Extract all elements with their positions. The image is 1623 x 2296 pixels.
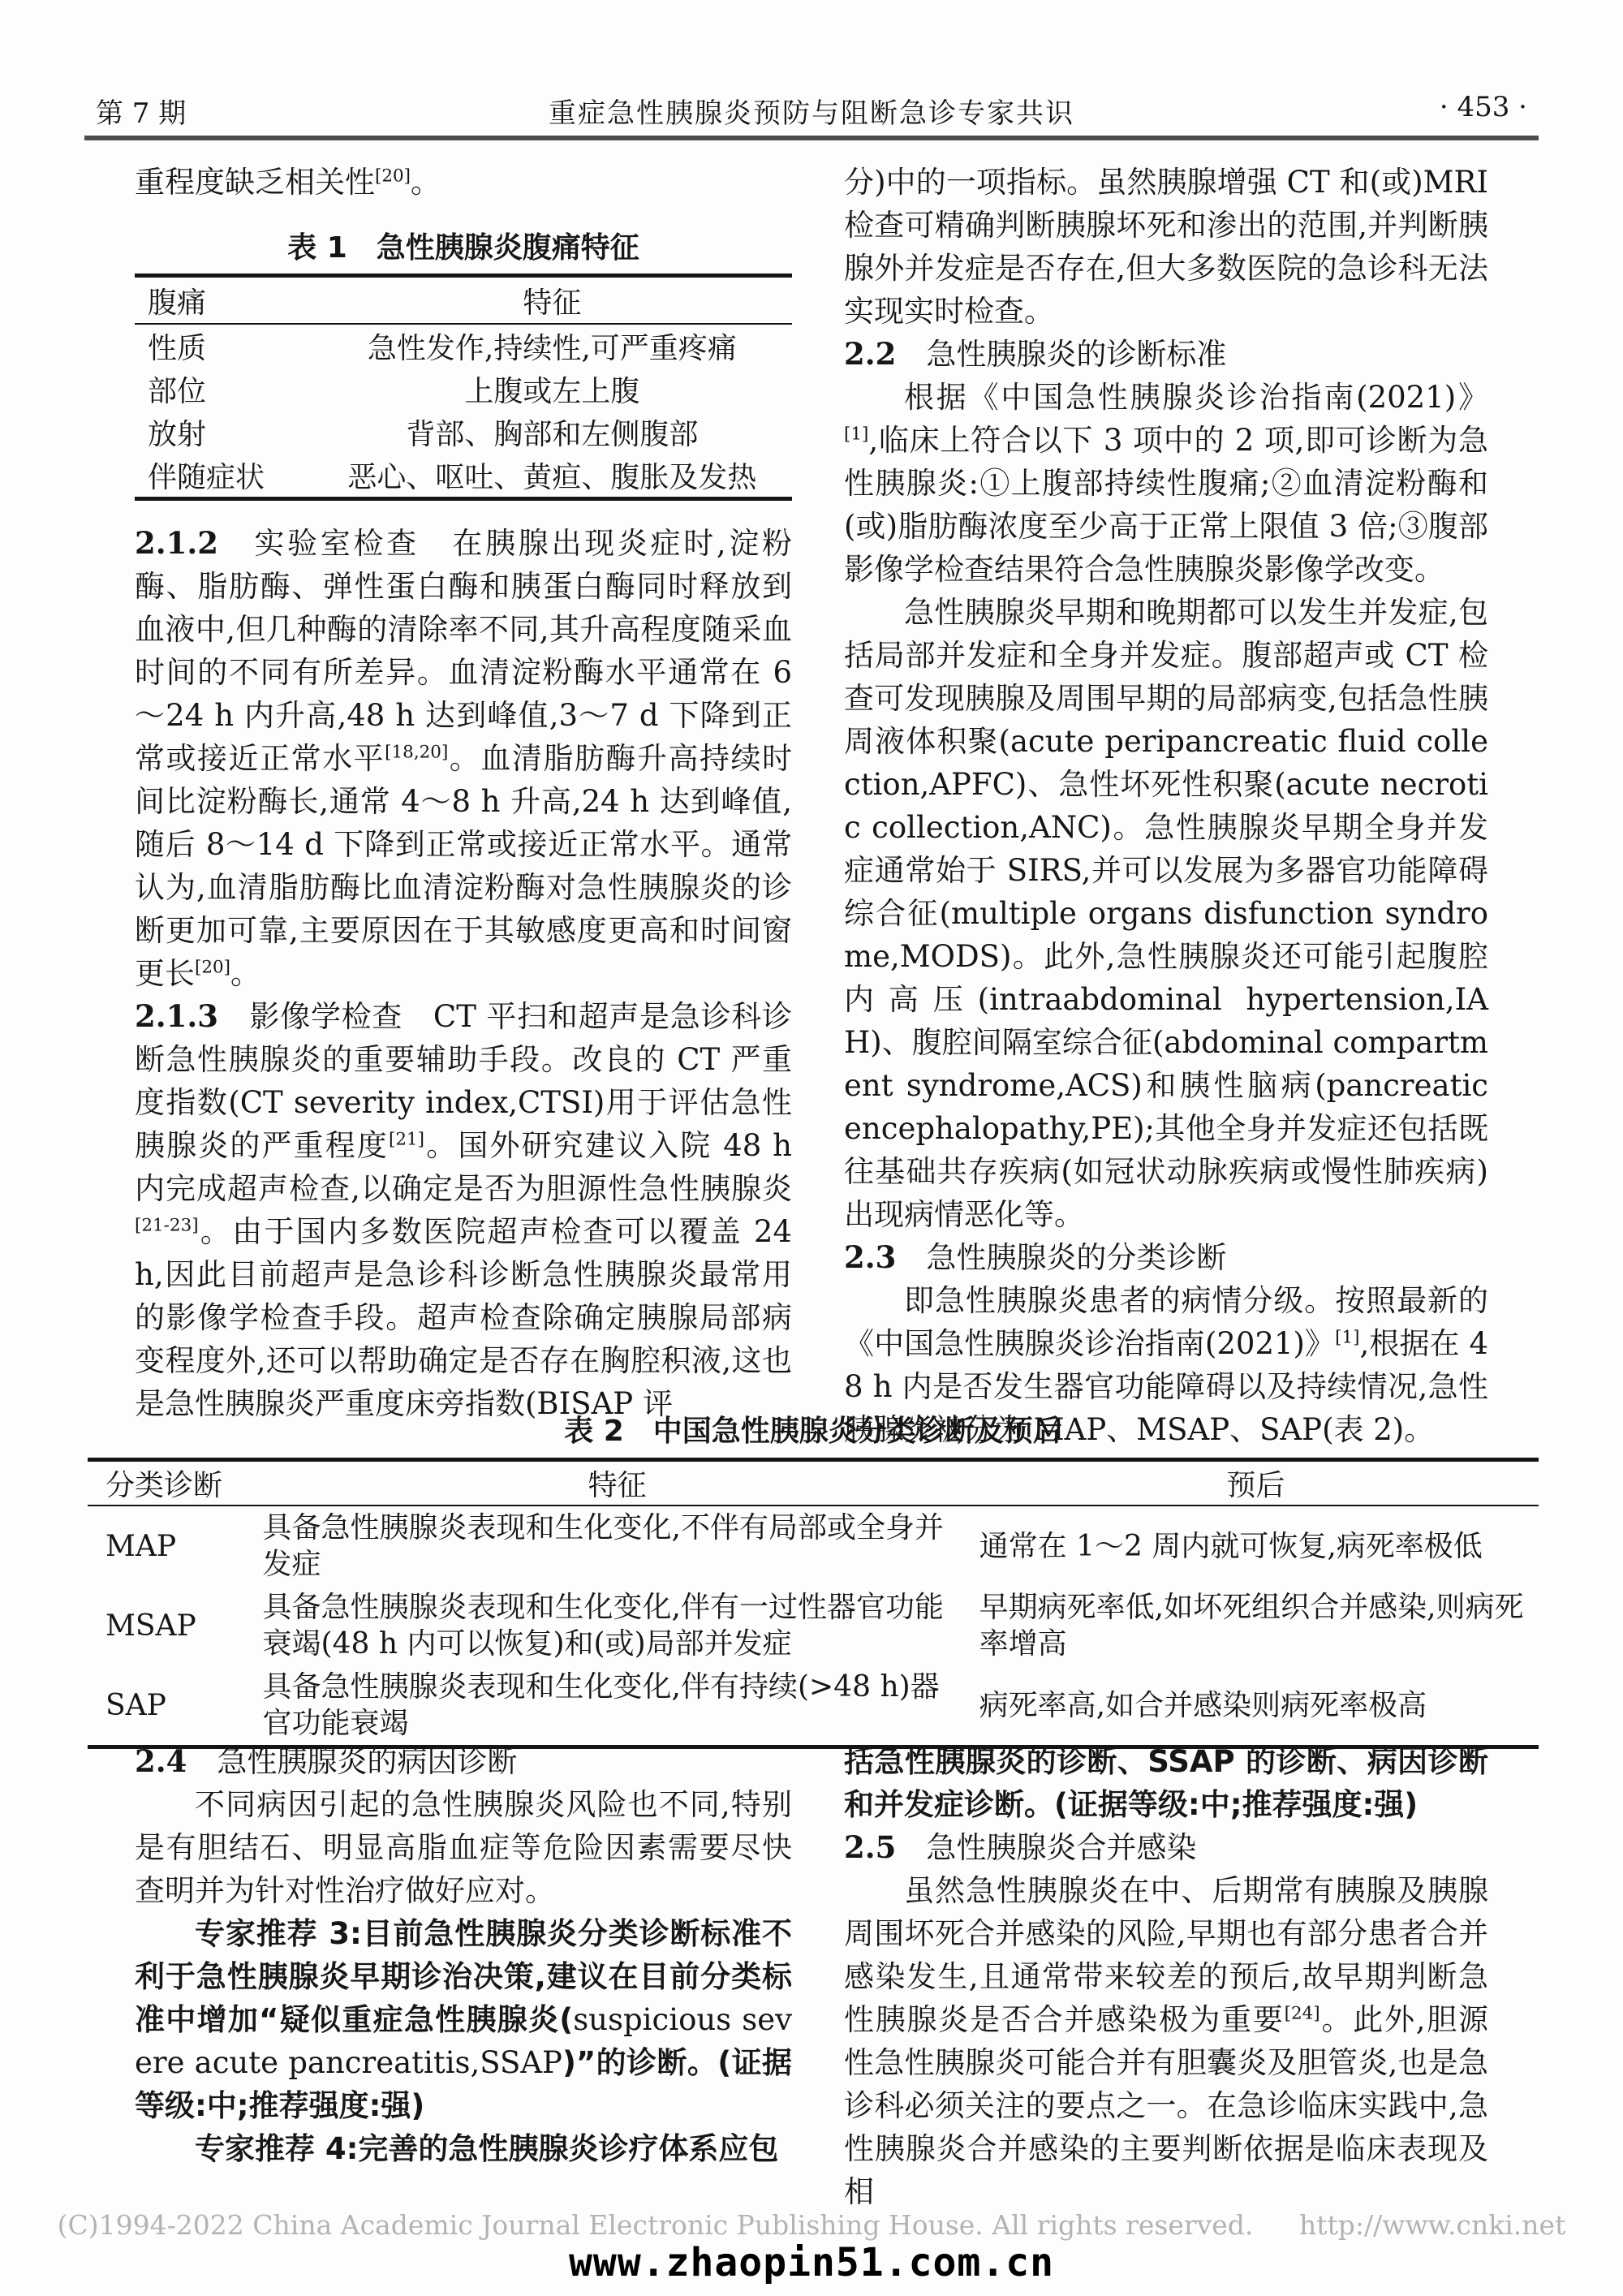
section-2-4-heading: 2.4 急性胰腺炎的病因诊断: [135, 1740, 792, 1783]
table-row: 放射 背部、胸部和左侧腹部: [135, 411, 792, 454]
table1-caption: 表 1 急性胰腺炎腹痛特征: [135, 230, 792, 266]
table2-row-class: MSAP: [88, 1586, 262, 1665]
section-2-2-heading: 2.2 急性胰腺炎的诊断标准: [844, 333, 1488, 376]
table-header-row: 腹痛 特征: [135, 276, 792, 325]
table1-row-key: 放射: [135, 411, 312, 454]
table2-row-feature: 具备急性胰腺炎表现和生化变化,伴有持续(>48 h)器官功能衰竭: [262, 1665, 973, 1747]
table2-row-prognosis: 早期病死率低,如坏死组织合并感染,则病死率增高: [973, 1586, 1539, 1665]
table1-col-header-feature: 特征: [312, 276, 792, 325]
table1-col-header-pain: 腹痛: [135, 276, 312, 325]
running-header: 第 7 期 重症急性胰腺炎预防与阻断急诊专家共识 · 453 ·: [96, 91, 1527, 130]
copyright-line: (C)1994-2022 China Academic Journal Elec…: [0, 2209, 1623, 2241]
table2-row-class: MAP: [88, 1506, 262, 1586]
section-2-5-heading: 2.5 急性胰腺炎合并感染: [844, 1826, 1488, 1869]
table1-row-key: 伴随症状: [135, 454, 312, 499]
table-row: 性质 急性发作,持续性,可严重疼痛: [135, 324, 792, 368]
expert-recommendation-4: 专家推荐 4:完善的急性胰腺炎诊疗体系应包: [135, 2127, 792, 2170]
header-article-title: 重症急性胰腺炎预防与阻断急诊专家共识: [96, 91, 1527, 131]
table2-row-prognosis: 通常在 1～2 周内就可恢复,病死率极低: [973, 1506, 1539, 1586]
table2-row-feature: 具备急性胰腺炎表现和生化变化,不伴有局部或全身并发症: [262, 1506, 973, 1586]
expert-recommendation-3: 专家推荐 3:目前急性胰腺炎分类诊断标准不利于急性胰腺炎早期诊治决策,建议在目前…: [135, 1912, 792, 2127]
table-row: 部位 上腹或左上腹: [135, 368, 792, 411]
table2-row-feature: 具备急性胰腺炎表现和生化变化,伴有一过性器官功能衰竭(48 h 内可以恢复)和(…: [262, 1586, 973, 1665]
table1-block: 表 1 急性胰腺炎腹痛特征 腹痛 特征 性质 急性发作,持续性,可严重疼痛 部位: [135, 230, 792, 501]
table-row: 伴随症状 恶心、呕吐、黄疸、腹胀及发热: [135, 454, 792, 499]
table2-row-class: SAP: [88, 1665, 262, 1747]
table1-row-value: 背部、胸部和左侧腹部: [312, 411, 792, 454]
section-2-1-3-paragraph: 2.1.3 影像学检查 CT 平扫和超声是急诊科诊断急性胰腺炎的重要辅助手段。改…: [135, 995, 792, 1425]
table2-col-header-feature: 特征: [262, 1460, 973, 1506]
journal-page: 第 7 期 重症急性胰腺炎预防与阻断急诊专家共识 · 453 · 重程度缺乏相关…: [0, 0, 1623, 2296]
paragraph-continuation: 重程度缺乏相关性[20]。: [135, 161, 792, 204]
section-2-2-paragraph-2: 急性胰腺炎早期和晚期都可以发生并发症,包括局部并发症和全身并发症。腹部超声或 C…: [844, 591, 1488, 1236]
table1-row-key: 部位: [135, 368, 312, 411]
table2-col-header-class: 分类诊断: [88, 1460, 262, 1506]
header-page-number: · 453 ·: [1440, 91, 1527, 123]
table2: 分类诊断 特征 预后 MAP 具备急性胰腺炎表现和生化变化,不伴有局部或全身并发…: [88, 1458, 1539, 1749]
watermark-text: www.zhaopin51.com.cn: [0, 2240, 1623, 2285]
table2-col-header-prognosis: 预后: [973, 1460, 1539, 1506]
table1-row-key: 性质: [135, 324, 312, 368]
table-row: MAP 具备急性胰腺炎表现和生化变化,不伴有局部或全身并发症 通常在 1～2 周…: [88, 1506, 1539, 1586]
section-2-2-paragraph: 根据《中国急性胰腺炎诊治指南(2021)》[1],临床上符合以下 3 项中的 2…: [844, 376, 1488, 591]
right-column-top: 分)中的一项指标。虽然胰腺增强 CT 和(或)MRI 检查可精确判断胰腺坏死和渗…: [844, 161, 1488, 1451]
table1-row-value: 上腹或左上腹: [312, 368, 792, 411]
copyright-text: (C)1994-2022 China Academic Journal Elec…: [58, 2209, 1254, 2241]
section-2-3-heading: 2.3 急性胰腺炎的分类诊断: [844, 1236, 1488, 1279]
table-header-row: 分类诊断 特征 预后: [88, 1460, 1539, 1506]
table-row: MSAP 具备急性胰腺炎表现和生化变化,伴有一过性器官功能衰竭(48 h 内可以…: [88, 1586, 1539, 1665]
header-rule: [84, 136, 1539, 140]
section-2-1-2-paragraph: 2.1.2 实验室检查 在胰腺出现炎症时,淀粉酶、脂肪酶、弹性蛋白酶和胰蛋白酶同…: [135, 522, 792, 995]
paragraph-continuation: 分)中的一项指标。虽然胰腺增强 CT 和(或)MRI 检查可精确判断胰腺坏死和渗…: [844, 161, 1488, 333]
cnki-url: http://www.cnki.net: [1299, 2209, 1565, 2241]
table2-block: 表 2 中国急性胰腺炎分类诊断及预后 分类诊断 特征 预后 MAP 具备急性胰腺…: [88, 1414, 1539, 1749]
section-2-5-paragraph: 虽然急性胰腺炎在中、后期常有胰腺及胰腺周围坏死合并感染的风险,早期也有部分患者合…: [844, 1869, 1488, 2213]
right-column-bottom: 括急性胰腺炎的诊断、SSAP 的诊断、病因诊断和并发症诊断。(证据等级:中;推荐…: [844, 1740, 1488, 2213]
section-2-4-paragraph: 不同病因引起的急性胰腺炎风险也不同,特别是有胆结石、明显高脂血症等危险因素需要尽…: [135, 1783, 792, 1912]
table1: 腹痛 特征 性质 急性发作,持续性,可严重疼痛 部位 上腹或左上腹 放射: [135, 274, 792, 501]
table1-row-value: 恶心、呕吐、黄疸、腹胀及发热: [312, 454, 792, 499]
table-row: SAP 具备急性胰腺炎表现和生化变化,伴有持续(>48 h)器官功能衰竭 病死率…: [88, 1665, 1539, 1747]
left-column-bottom: 2.4 急性胰腺炎的病因诊断 不同病因引起的急性胰腺炎风险也不同,特别是有胆结石…: [135, 1740, 792, 2170]
expert-recommendation-4-continuation: 括急性胰腺炎的诊断、SSAP 的诊断、病因诊断和并发症诊断。(证据等级:中;推荐…: [844, 1740, 1488, 1826]
table2-row-prognosis: 病死率高,如合并感染则病死率极高: [973, 1665, 1539, 1747]
left-column-top: 重程度缺乏相关性[20]。 表 1 急性胰腺炎腹痛特征 腹痛 特征 性质 急性发…: [135, 161, 792, 1425]
table2-caption: 表 2 中国急性胰腺炎分类诊断及预后: [88, 1414, 1539, 1450]
table1-row-value: 急性发作,持续性,可严重疼痛: [312, 324, 792, 368]
